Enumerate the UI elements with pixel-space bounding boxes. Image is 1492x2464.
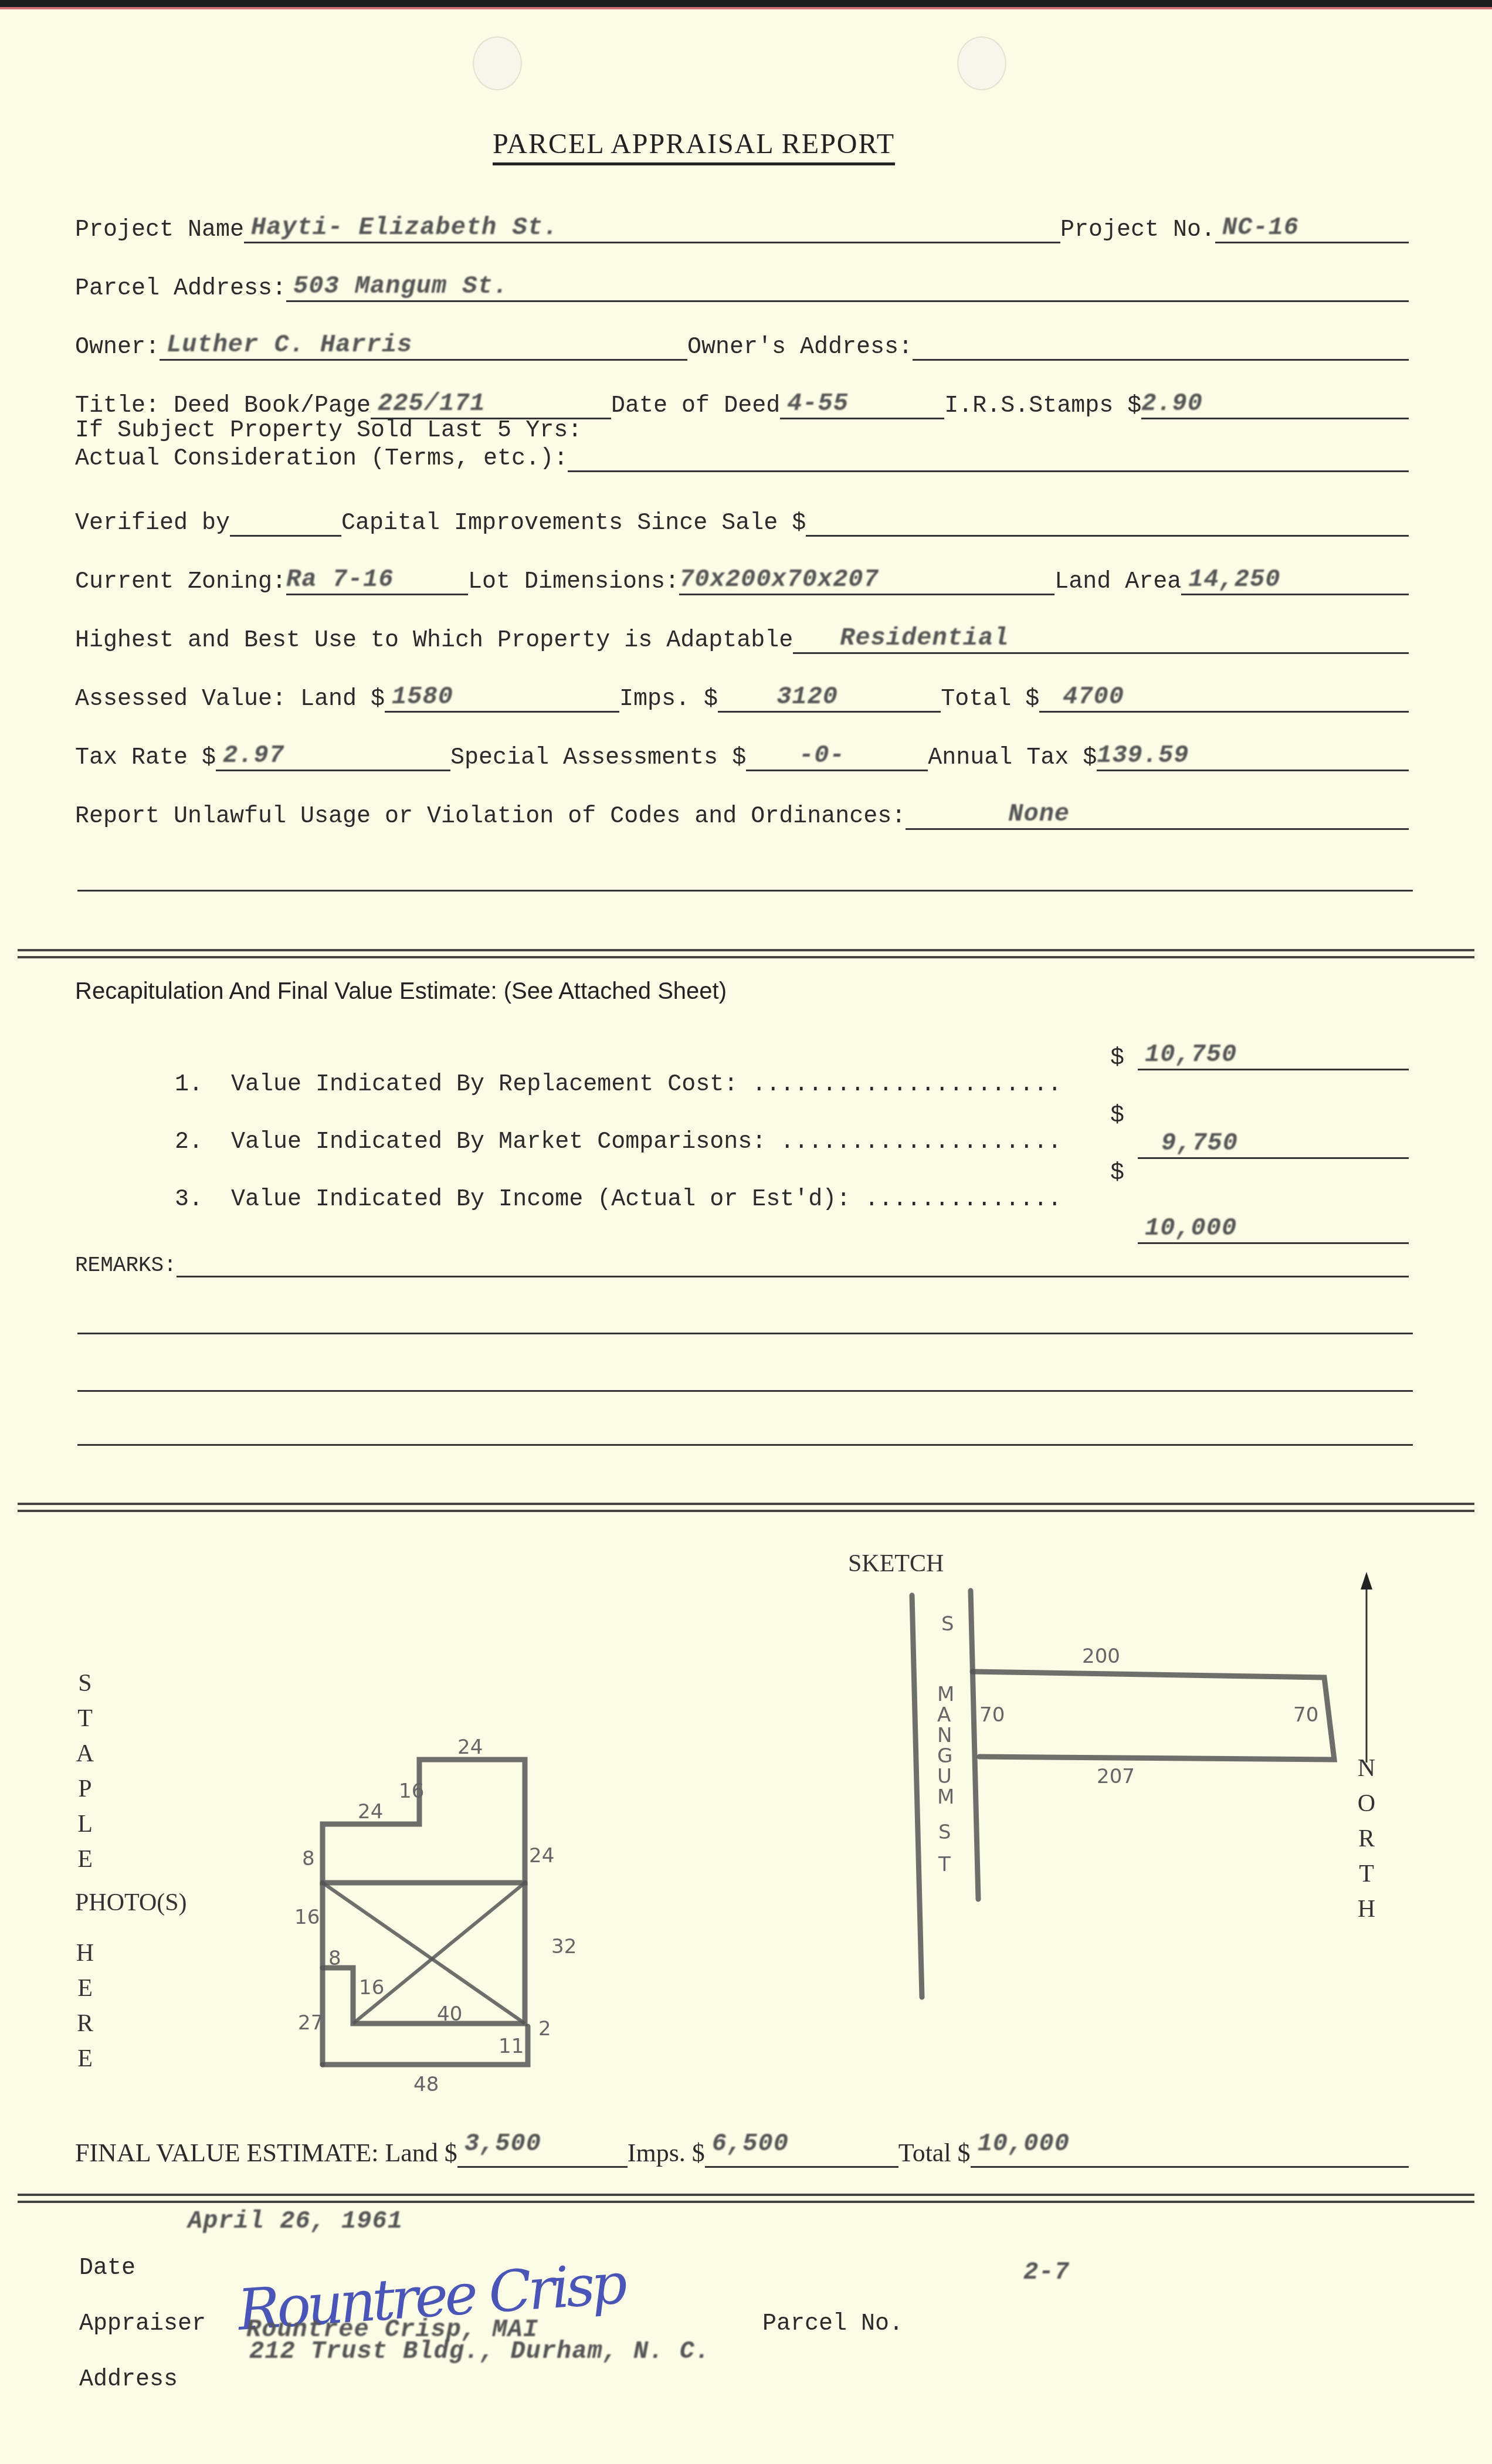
special-assessments-label: Special Assessments $ [450, 745, 746, 771]
final-land-label: Land $ [385, 2138, 457, 2168]
date-of-deed-field[interactable]: 4-55 [780, 388, 944, 419]
tax-rate-label: Tax Rate $ [75, 745, 216, 771]
owner-field[interactable]: Luther C. Harris [160, 330, 687, 361]
address-label: Address [79, 2367, 178, 2393]
final-land-field[interactable]: 3,500 [457, 2137, 628, 2168]
remarks-line[interactable] [77, 1444, 1413, 1446]
svg-text:8: 8 [302, 1847, 315, 1870]
best-use-field[interactable]: Residential [793, 623, 1409, 654]
svg-text:16: 16 [294, 1906, 320, 1929]
replacement-cost-field[interactable]: 10,750 [1138, 1039, 1409, 1070]
svg-text:32: 32 [551, 1935, 577, 1958]
unlawful-label: Report Unlawful Usage or Violation of Co… [75, 804, 906, 830]
consideration-row: Actual Consideration (Terms, etc.): [75, 437, 1409, 472]
verified-by-field[interactable] [230, 506, 341, 537]
section-divider [18, 956, 1474, 958]
assessed-land-field[interactable]: 1580 [385, 682, 619, 713]
assessed-total-field[interactable]: 4700 [1039, 682, 1409, 713]
verified-row: Verified by Capital Improvements Since S… [75, 501, 1409, 537]
photos-label: PHOTO(S) [75, 1889, 187, 1917]
svg-text:27: 27 [298, 2011, 323, 2035]
svg-text:200: 200 [1082, 1645, 1120, 1668]
verified-by-label: Verified by [75, 510, 230, 537]
north-label: N O R T H [1355, 1751, 1378, 1927]
best-use-row: Highest and Best Use to Which Property i… [75, 619, 1409, 654]
svg-text:S: S [938, 1821, 951, 1844]
svg-text:48: 48 [413, 2073, 439, 2096]
final-imps-field[interactable]: 6,500 [705, 2137, 898, 2168]
special-assessments-field[interactable]: -0- [746, 740, 928, 771]
remarks-field[interactable] [177, 1246, 1409, 1277]
site-sketch: S M A N G U M S T 200 207 70 70 [880, 1560, 1408, 2006]
section-divider [18, 1503, 1474, 1505]
project-name-field[interactable]: Hayti- Elizabeth St. [244, 212, 1060, 243]
final-land-label [378, 2138, 385, 2168]
project-no-label: Project No. [1060, 217, 1215, 243]
currency-sign: $ [1110, 1045, 1124, 1072]
date-label: Date [79, 2255, 135, 2282]
remarks-row: REMARKS: [75, 1242, 1409, 1277]
consideration-label: Actual Consideration (Terms, etc.): [75, 446, 568, 472]
cap-improvements-field[interactable] [806, 506, 1409, 537]
punch-hole-left [473, 36, 522, 90]
assessed-imps-field[interactable]: 3120 [718, 682, 941, 713]
best-use-label: Highest and Best Use to Which Property i… [75, 628, 793, 654]
staple-label: S T A P L E [73, 1666, 97, 1877]
appraiser-label: Appraiser [79, 2311, 206, 2337]
remarks-label: REMARKS: [75, 1253, 177, 1277]
svg-text:N: N [937, 1724, 952, 1747]
svg-text:40: 40 [437, 2002, 462, 2026]
recap-item: 1. Value Indicated By Replacement Cost: … [147, 1045, 1062, 1098]
project-no-field[interactable]: NC-16 [1215, 212, 1409, 243]
scan-top-edge-red [0, 7, 1492, 9]
currency-sign: $ [1110, 1160, 1124, 1187]
svg-text:207: 207 [1097, 1765, 1135, 1788]
market-comparisons-field[interactable]: 9,750 [1138, 1128, 1409, 1159]
svg-text:11: 11 [499, 2035, 524, 2058]
date-of-deed-label: Date of Deed [611, 393, 780, 419]
here-label: H E R E [73, 1936, 97, 2076]
unlawful-row: Report Unlawful Usage or Violation of Co… [75, 795, 1409, 830]
svg-text:8: 8 [328, 1947, 341, 1970]
owner-row: Owner: Luther C. Harris Owner's Address: [75, 326, 1409, 361]
remarks-line[interactable] [77, 1333, 1413, 1334]
tax-rate-field[interactable]: 2.97 [216, 740, 450, 771]
deed-row: Title: Deed Book/Page 225/171 Date of De… [75, 384, 1409, 419]
lot-dimensions-label: Lot Dimensions: [468, 569, 679, 595]
unlawful-extra-line [77, 890, 1413, 892]
lot-dimensions-field[interactable]: 70x200x70x207 [679, 564, 1054, 595]
parcel-address-field[interactable]: 503 Mangum St. [286, 271, 1409, 302]
zoning-label: Current Zoning: [75, 569, 286, 595]
irs-stamps-label: I.R.S.Stamps $ [944, 393, 1141, 419]
svg-text:G: G [937, 1744, 952, 1768]
assessed-row: Assessed Value: Land $ 1580 Imps. $ 3120… [75, 677, 1409, 713]
assessed-land-label: Assessed Value: Land $ [75, 686, 385, 713]
project-row: Project Name Hayti- Elizabeth St. Projec… [75, 208, 1409, 243]
parcel-address-label: Parcel Address: [75, 276, 286, 302]
annual-tax-label: Annual Tax $ [928, 745, 1097, 771]
land-area-label: Land Area [1054, 569, 1181, 595]
svg-text:S: S [941, 1612, 954, 1636]
svg-text:M: M [937, 1785, 954, 1809]
svg-text:T: T [938, 1853, 951, 1876]
svg-text:16: 16 [359, 1976, 384, 1999]
owners-address-label: Owner's Address: [687, 334, 913, 361]
tax-row: Tax Rate $ 2.97 Special Assessments $ -0… [75, 736, 1409, 771]
final-imps-label: Imps. $ [628, 2138, 705, 2168]
svg-text:2: 2 [538, 2017, 551, 2041]
final-total-label: Total $ [898, 2138, 971, 2168]
page-title: PARCEL APPRAISAL REPORT [493, 128, 895, 165]
income-value-field[interactable]: 10,000 [1138, 1213, 1409, 1244]
north-arrow-icon [1355, 1572, 1378, 1765]
cap-improvements-label: Capital Improvements Since Sale $ [341, 510, 806, 537]
deed-book-label: Title: Deed Book/Page [75, 393, 371, 419]
address-row: Address 212 Trust Bldg., Durham, N. C. [79, 2337, 748, 2402]
punch-hole-right [957, 36, 1006, 90]
irs-stamps-field[interactable]: 2.90 [1141, 388, 1409, 419]
zoning-row: Current Zoning: Ra 7-16 Lot Dimensions: … [75, 560, 1409, 595]
project-name-label: Project Name [75, 217, 244, 243]
final-estimate-row: FINAL VALUE ESTIMATE: Land $ 3,500 Imps.… [75, 2133, 1409, 2168]
consideration-field[interactable] [568, 441, 1409, 472]
svg-text:A: A [937, 1703, 951, 1727]
owner-label: Owner: [75, 334, 160, 361]
svg-text:M: M [937, 1683, 954, 1706]
owners-address-field[interactable] [913, 330, 1409, 361]
recap-heading: Recapitulation And Final Value Estimate:… [75, 978, 727, 1005]
section-divider [18, 1510, 1474, 1512]
section-divider [18, 2194, 1474, 2196]
final-total-field[interactable]: 10,000 [971, 2137, 1409, 2168]
assessed-total-label: Total $ [941, 686, 1039, 713]
assessed-imps-label: Imps. $ [619, 686, 718, 713]
parcel-no-label: Parcel No. [762, 2311, 903, 2337]
floorplan-sketch: 24 16 24 8 24 16 8 32 16 40 27 2 11 48 [282, 1736, 610, 2100]
svg-text:24: 24 [358, 1800, 383, 1824]
svg-text:U: U [937, 1765, 952, 1788]
zoning-field[interactable]: Ra 7-16 [286, 564, 468, 595]
recap-item: 3. Value Indicated By Income (Actual or … [147, 1160, 1062, 1213]
currency-sign: $ [1110, 1103, 1124, 1129]
svg-text:24: 24 [457, 1736, 483, 1759]
remarks-line[interactable] [77, 1390, 1413, 1392]
land-area-field[interactable]: 14,250 [1181, 564, 1409, 595]
svg-text:24: 24 [529, 1844, 554, 1868]
annual-tax-field[interactable]: 139.59 [1097, 740, 1409, 771]
parcel-address-row: Parcel Address: 503 Mangum St. [75, 267, 1409, 302]
final-estimate-label: FINAL VALUE ESTIMATE: [75, 2138, 378, 2168]
deed-book-field[interactable]: 225/171 [371, 388, 611, 419]
recap-item: 2. Value Indicated By Market Comparisons… [147, 1103, 1062, 1155]
scan-top-edge [0, 0, 1492, 7]
svg-text:16: 16 [399, 1780, 424, 1803]
unlawful-field[interactable]: None [906, 799, 1409, 830]
section-divider [18, 949, 1474, 951]
svg-text:70: 70 [979, 1703, 1005, 1727]
svg-text:70: 70 [1293, 1703, 1318, 1727]
parcel-no-row: Parcel No. 2-7 [762, 2282, 1408, 2346]
section-divider [18, 2201, 1474, 2203]
